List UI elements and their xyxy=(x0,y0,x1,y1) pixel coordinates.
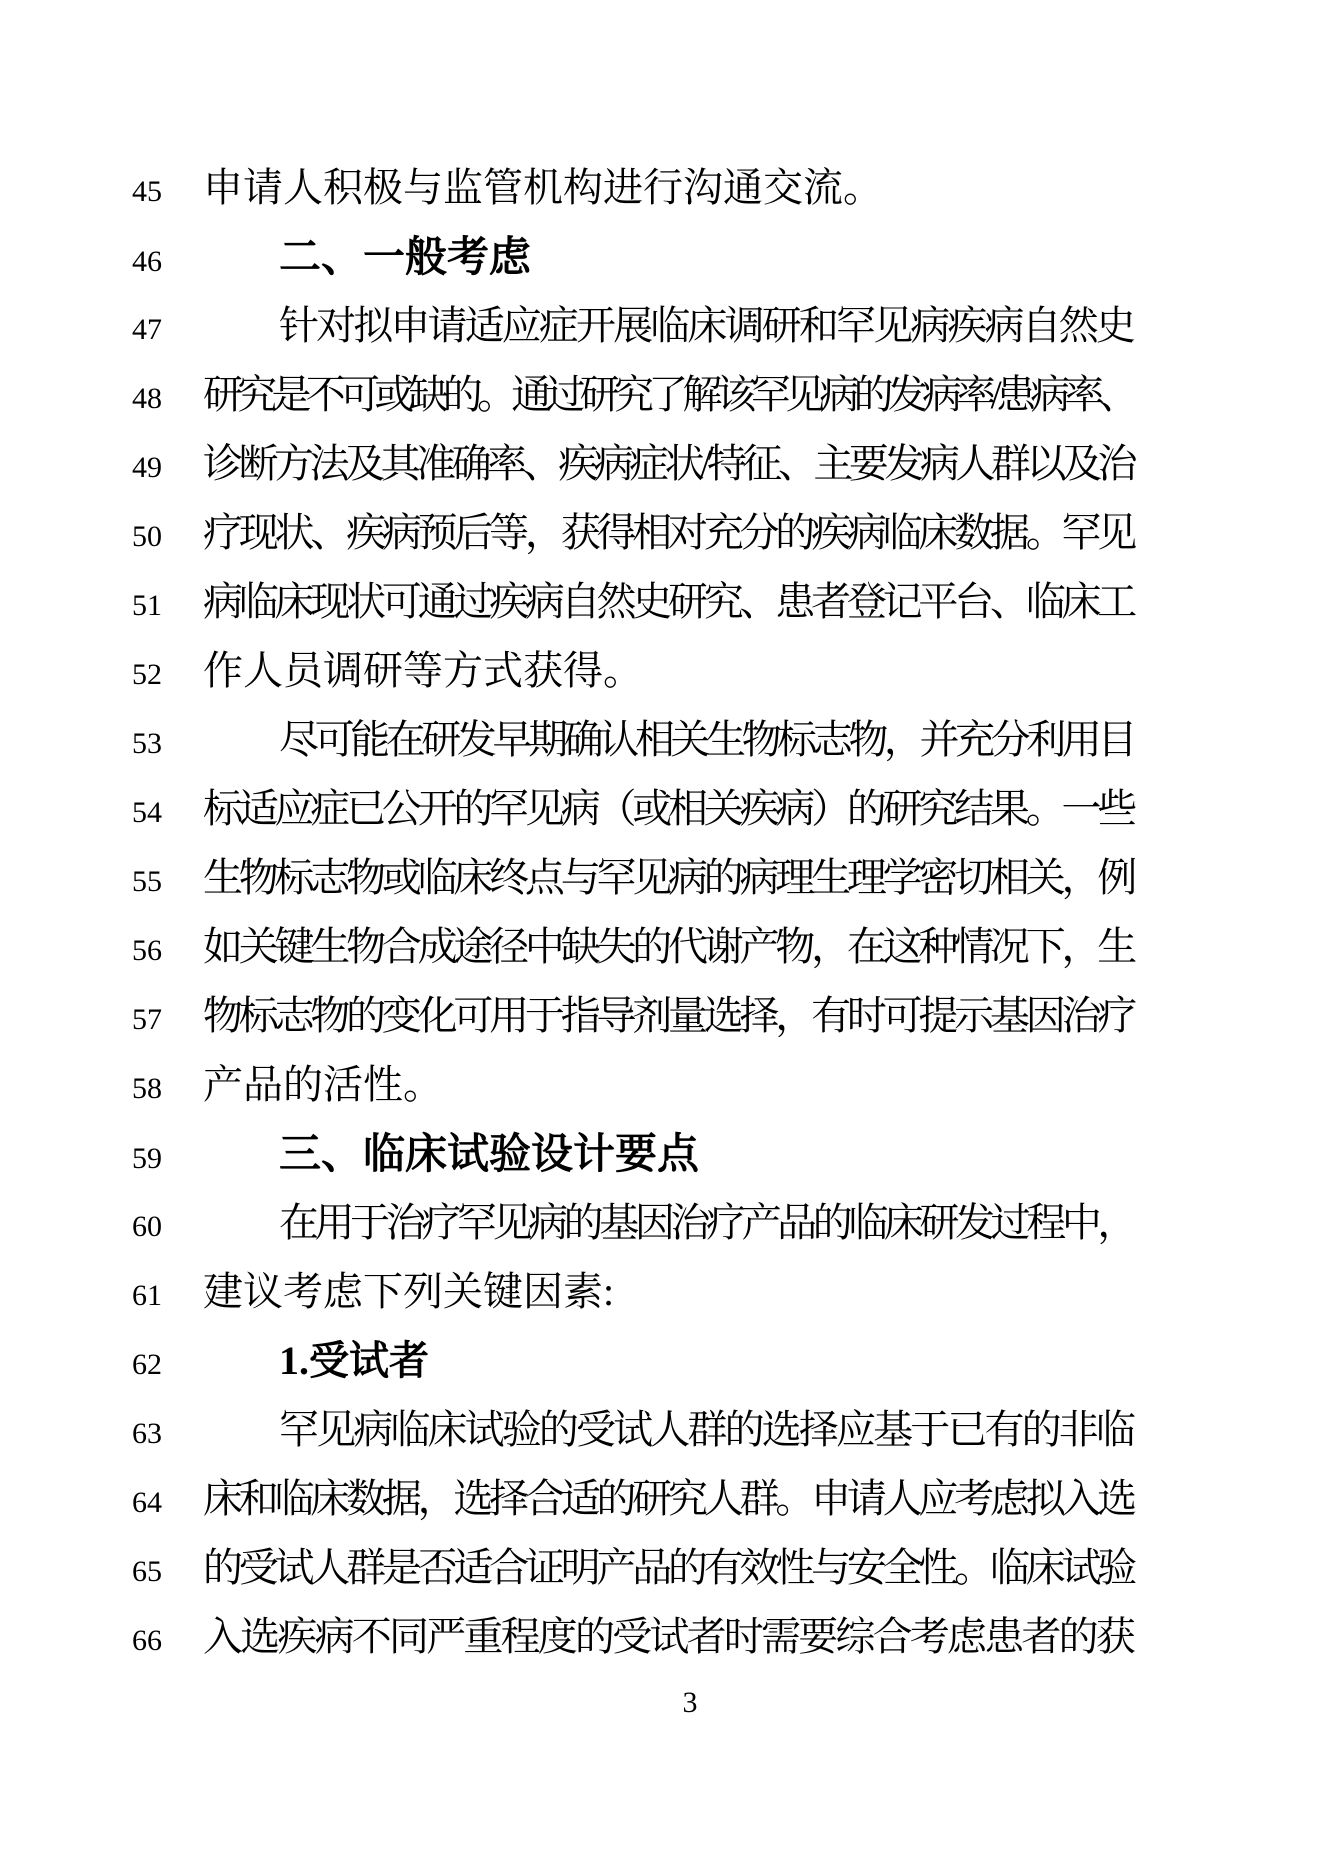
line-number: 54 xyxy=(132,778,203,847)
line-number: 59 xyxy=(132,1124,203,1193)
body-line-text: 诊断方法及其准确率、疾病症状/特征、主要发病人群以及治 xyxy=(203,429,1133,498)
body-line-text: 疗现状、疾病预后等，获得相对充分的疾病临床数据。罕见 xyxy=(203,498,1133,567)
line-number: 47 xyxy=(132,295,203,364)
line-number: 66 xyxy=(132,1606,203,1675)
document-line: 59三、临床试验设计要点 xyxy=(0,1119,1323,1188)
document-page: 45申请人积极与监管机构进行沟通交流。 46二、一般考虑 47针对拟申请适应症开… xyxy=(0,0,1323,1871)
body-line-text: 尽可能在研发早期确认相关生物标志物，并充分利用目 xyxy=(203,705,1133,774)
document-line: 46二、一般考虑 xyxy=(0,222,1323,291)
line-number: 45 xyxy=(132,157,203,226)
document-line: 48研究是不可或缺的。通过研究了解该罕见病的发病率/患病率、 xyxy=(0,360,1323,429)
body-line-text: 在用于治疗罕见病的基因治疗产品的临床研发过程中， xyxy=(203,1188,1133,1257)
document-line: 65的受试人群是否适合证明产品的有效性与安全性。临床试验 xyxy=(0,1533,1323,1602)
section-heading: 二、一般考虑 xyxy=(203,222,1133,291)
document-line: 66入选疾病不同严重程度的受试者时需要综合考虑患者的获 xyxy=(0,1602,1323,1671)
line-number: 53 xyxy=(132,709,203,778)
document-line: 47针对拟申请适应症开展临床调研和罕见病疾病自然史 xyxy=(0,291,1323,360)
line-number: 58 xyxy=(132,1054,203,1123)
section-heading: 三、临床试验设计要点 xyxy=(203,1119,1133,1188)
body-line-text: 罕见病临床试验的受试人群的选择应基于已有的非临 xyxy=(203,1395,1133,1464)
body-line-text: 物标志物的变化可用于指导剂量选择，有时可提示基因治疗 xyxy=(203,981,1133,1050)
body-line-text: 的受试人群是否适合证明产品的有效性与安全性。临床试验 xyxy=(203,1533,1133,1602)
line-number: 60 xyxy=(132,1192,203,1261)
line-number: 61 xyxy=(132,1261,203,1330)
document-line: 51病临床现状可通过疾病自然史研究、患者登记平台、临床工 xyxy=(0,567,1323,636)
line-number: 57 xyxy=(132,985,203,1054)
document-line: 49诊断方法及其准确率、疾病症状/特征、主要发病人群以及治 xyxy=(0,429,1323,498)
document-line: 45申请人积极与监管机构进行沟通交流。 xyxy=(0,153,1323,222)
body-line-text: 病临床现状可通过疾病自然史研究、患者登记平台、临床工 xyxy=(203,567,1133,636)
body-line-text: 针对拟申请适应症开展临床调研和罕见病疾病自然史 xyxy=(203,291,1133,360)
document-line: 50疗现状、疾病预后等，获得相对充分的疾病临床数据。罕见 xyxy=(0,498,1323,567)
body-line-text: 如关键生物合成途径中缺失的代谢产物，在这种情况下，生 xyxy=(203,912,1133,981)
line-number: 50 xyxy=(132,502,203,571)
document-line: 53尽可能在研发早期确认相关生物标志物，并充分利用目 xyxy=(0,705,1323,774)
body-line-text: 床和临床数据，选择合适的研究人群。申请人应考虑拟入选 xyxy=(203,1464,1133,1533)
line-number: 62 xyxy=(132,1330,203,1399)
subsection-heading: 1.受试者 xyxy=(203,1326,1133,1395)
body-line-text: 产品的活性。 xyxy=(203,1050,1133,1119)
line-number: 65 xyxy=(132,1537,203,1606)
line-number: 52 xyxy=(132,640,203,709)
document-line: 56如关键生物合成途径中缺失的代谢产物，在这种情况下，生 xyxy=(0,912,1323,981)
body-line-text: 研究是不可或缺的。通过研究了解该罕见病的发病率/患病率、 xyxy=(203,360,1133,429)
body-line-text: 建议考虑下列关键因素: xyxy=(203,1257,1133,1326)
document-line: 55生物标志物或临床终点与罕见病的病理生理学密切相关，例 xyxy=(0,843,1323,912)
line-number: 48 xyxy=(132,364,203,433)
body-line-text: 入选疾病不同严重程度的受试者时需要综合考虑患者的获 xyxy=(203,1602,1133,1671)
body-line-text: 标适应症已公开的罕见病（或相关疾病）的研究结果。一些 xyxy=(203,774,1133,843)
body-line-text: 生物标志物或临床终点与罕见病的病理生理学密切相关，例 xyxy=(203,843,1133,912)
document-line: 54标适应症已公开的罕见病（或相关疾病）的研究结果。一些 xyxy=(0,774,1323,843)
document-line: 57物标志物的变化可用于指导剂量选择，有时可提示基因治疗 xyxy=(0,981,1323,1050)
line-number: 46 xyxy=(132,227,203,296)
line-number: 49 xyxy=(132,433,203,502)
document-line: 621.受试者 xyxy=(0,1326,1323,1395)
line-number: 64 xyxy=(132,1468,203,1537)
document-line: 63罕见病临床试验的受试人群的选择应基于已有的非临 xyxy=(0,1395,1323,1464)
document-line: 52作人员调研等方式获得。 xyxy=(0,636,1323,705)
document-line: 61建议考虑下列关键因素: xyxy=(0,1257,1323,1326)
document-body: 45申请人积极与监管机构进行沟通交流。 46二、一般考虑 47针对拟申请适应症开… xyxy=(0,0,1323,1671)
body-line-text: 申请人积极与监管机构进行沟通交流。 xyxy=(203,153,1133,222)
document-line: 58产品的活性。 xyxy=(0,1050,1323,1119)
line-number: 51 xyxy=(132,571,203,640)
body-line-text: 作人员调研等方式获得。 xyxy=(203,636,1133,705)
document-line: 60在用于治疗罕见病的基因治疗产品的临床研发过程中， xyxy=(0,1188,1323,1257)
line-number: 55 xyxy=(132,847,203,916)
line-number: 56 xyxy=(132,916,203,985)
document-line: 64床和临床数据，选择合适的研究人群。申请人应考虑拟入选 xyxy=(0,1464,1323,1533)
line-number: 63 xyxy=(132,1399,203,1468)
page-number: 3 xyxy=(230,1671,1150,1735)
